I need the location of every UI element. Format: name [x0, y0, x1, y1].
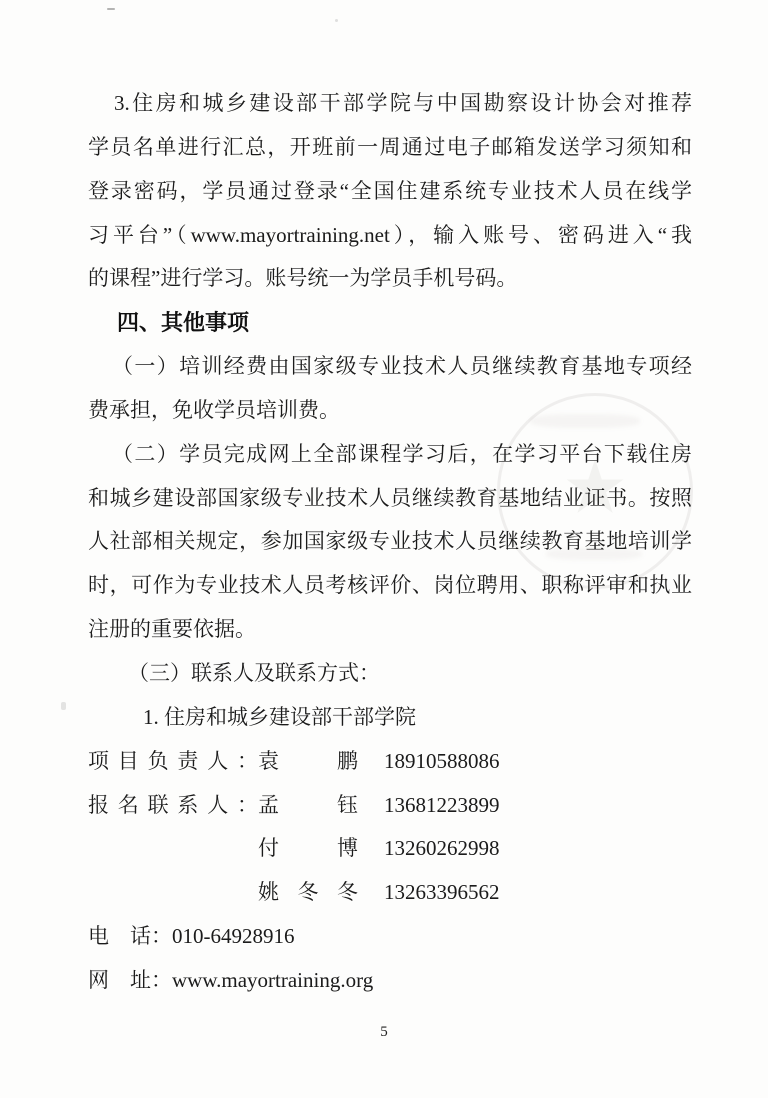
contact-row: 项目负责人： 袁 鹏 18910588086: [88, 740, 692, 784]
contact-person-name: 孟 钰: [258, 784, 358, 828]
para-certificate: （二）学员完成网上全部课程学习后，在学习平台下载住房 和城乡建设部国家级专业技术…: [88, 433, 692, 652]
para-funding-line: （一）培训经费由国家级专业技术人员继续教育基地专项经: [88, 345, 692, 389]
scan-speck: [335, 19, 338, 22]
contact-phone-number: 13260262998: [384, 827, 500, 871]
contact-phone-number: 13263396562: [384, 871, 500, 915]
contact-row: 付 博 13260262998: [88, 827, 692, 871]
contact-role-label: [88, 871, 258, 915]
org-item: 1. 住房和城乡建设部干部学院: [88, 696, 692, 740]
para-intro-line: 的课程”进行学习。账号统一为学员手机号码。: [88, 257, 692, 301]
section-heading-other-matters: 四、其他事项: [88, 301, 692, 345]
contact-role-label: 报名联系人：: [88, 784, 258, 828]
scanned-document-page: ★ 3.住房和城乡建设部干部学院与中国勘察设计协会对推荐 学员名单进行汇总，开班…: [0, 0, 768, 1098]
contact-person-name: 姚冬冬: [258, 871, 358, 915]
para-certificate-line: （二）学员完成网上全部课程学习后，在学习平台下载住房: [88, 433, 692, 477]
para-intro-line: 学员名单进行汇总，开班前一周通过电子邮箱发送学习须知和: [88, 126, 692, 170]
para-certificate-line: 注册的重要依据。: [88, 608, 692, 652]
para-intro-line: 习平台”（www.mayortraining.net），输入账号、密码进入“我: [88, 214, 692, 258]
website-row: 网 址：www.mayortraining.org: [88, 959, 692, 1003]
para-certificate-line: 和城乡建设部国家级专业技术人员继续教育基地结业证书。按照: [88, 477, 692, 521]
para-certificate-line: 人社部相关规定，参加国家级专业技术人员继续教育基地培训学: [88, 520, 692, 564]
contact-phone-number: 18910588086: [384, 740, 500, 784]
contact-row: 姚冬冬 13263396562: [88, 871, 692, 915]
contact-phone-number: 13681223899: [384, 784, 500, 828]
para-online-platform: 3.住房和城乡建设部干部学院与中国勘察设计协会对推荐 学员名单进行汇总，开班前一…: [88, 82, 692, 301]
para-funding: （一）培训经费由国家级专业技术人员继续教育基地专项经 费承担，免收学员培训费。: [88, 345, 692, 433]
contact-person-name: 付 博: [258, 827, 358, 871]
contact-row: 报名联系人： 孟 钰 13681223899: [88, 784, 692, 828]
contact-role-label: 项目负责人：: [88, 740, 258, 784]
scan-speck: [61, 702, 66, 710]
document-body: 3.住房和城乡建设部干部学院与中国勘察设计协会对推荐 学员名单进行汇总，开班前一…: [88, 82, 692, 1003]
scan-speck: [107, 8, 115, 10]
para-intro-line: 3.住房和城乡建设部干部学院与中国勘察设计协会对推荐: [88, 82, 692, 126]
contact-role-label: [88, 827, 258, 871]
telephone-row: 电 话：010-64928916: [88, 915, 692, 959]
para-funding-line: 费承担，免收学员培训费。: [88, 389, 692, 433]
page-number: 5: [0, 1024, 768, 1041]
para-contacts-heading: （三）联系人及联系方式：: [88, 652, 692, 696]
para-intro-line: 登录密码，学员通过登录“全国住建系统专业技术人员在线学: [88, 170, 692, 214]
contact-person-name: 袁 鹏: [258, 740, 358, 784]
para-certificate-line: 时，可作为专业技术人员考核评价、岗位聘用、职称评审和执业: [88, 564, 692, 608]
